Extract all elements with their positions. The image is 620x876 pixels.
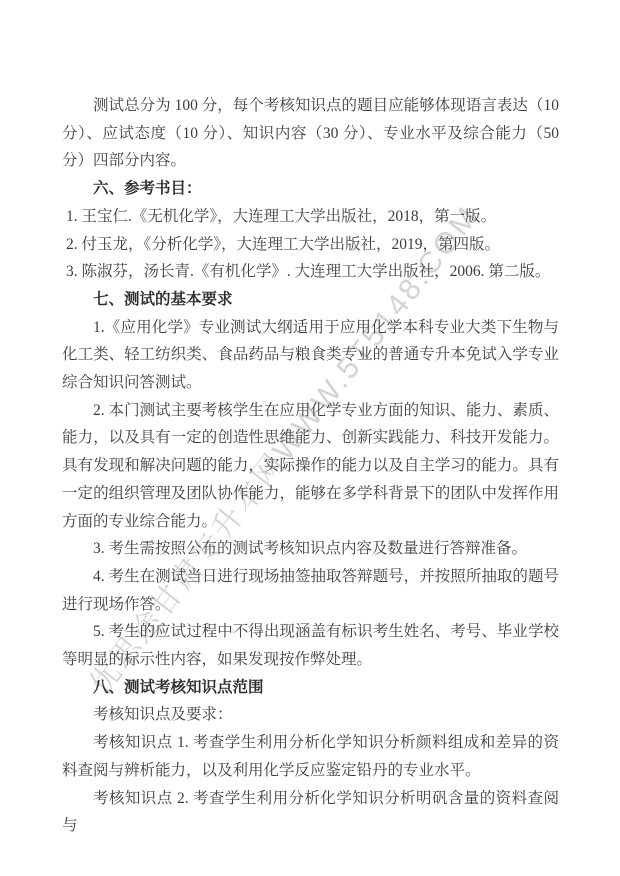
knowledge-points-intro: 考核知识点及要求： (62, 701, 559, 729)
document-content: 测试总分为 100 分，每个考核知识点的题目应能够体现语言表达（10 分）、应试… (62, 92, 559, 840)
document-page: 优思途甘肃专升本网WWW.5T5148.COM 测试总分为 100 分，每个考核… (0, 0, 620, 876)
reference-book-item-2: 2. 付玉龙，《分析化学》，大连理工大学出版社，2019，第四版。 (62, 231, 559, 259)
section-7-heading: 七、测试的基本要求 (62, 286, 559, 314)
knowledge-point-2: 考核知识点 2. 考查学生利用分析化学知识分析明矾含量的资料查阅与 (62, 785, 559, 840)
reference-book-item-3: 3. 陈淑芬，汤长青.《有机化学》. 大连理工大学出版社，2006. 第二版。 (62, 258, 559, 286)
intro-paragraph: 测试总分为 100 分，每个考核知识点的题目应能够体现语言表达（10 分）、应试… (62, 92, 559, 175)
reference-book-item-1: 1. 王宝仁.《无机化学》，大连理工大学出版社，2018，第一版。 (62, 203, 559, 231)
requirement-paragraph-1: 1.《应用化学》专业测试大纲适用于应用化学本科专业大类下生物与化工类、轻工纺织类… (62, 314, 559, 397)
section-8-heading: 八、测试考核知识点范围 (62, 674, 559, 702)
requirement-paragraph-4: 4. 考生在测试当日进行现场抽签抽取答辩题号，并按照所抽取的题号进行现场作答。 (62, 563, 559, 618)
section-6-heading: 六、参考书目： (62, 175, 559, 203)
requirement-paragraph-3: 3. 考生需按照公布的测试考核知识点内容及数量进行答辩准备。 (62, 535, 559, 563)
requirement-paragraph-2: 2. 本门测试主要考核学生在应用化学专业方面的知识、能力、素质、能力，以及具有一… (62, 397, 559, 536)
requirement-paragraph-5: 5. 考生的应试过程中不得出现涵盖有标识考生姓名、考号、毕业学校等明显的标示性内… (62, 618, 559, 673)
knowledge-point-1: 考核知识点 1. 考查学生利用分析化学知识分析颜料组成和差异的资料查阅与辨析能力… (62, 729, 559, 784)
